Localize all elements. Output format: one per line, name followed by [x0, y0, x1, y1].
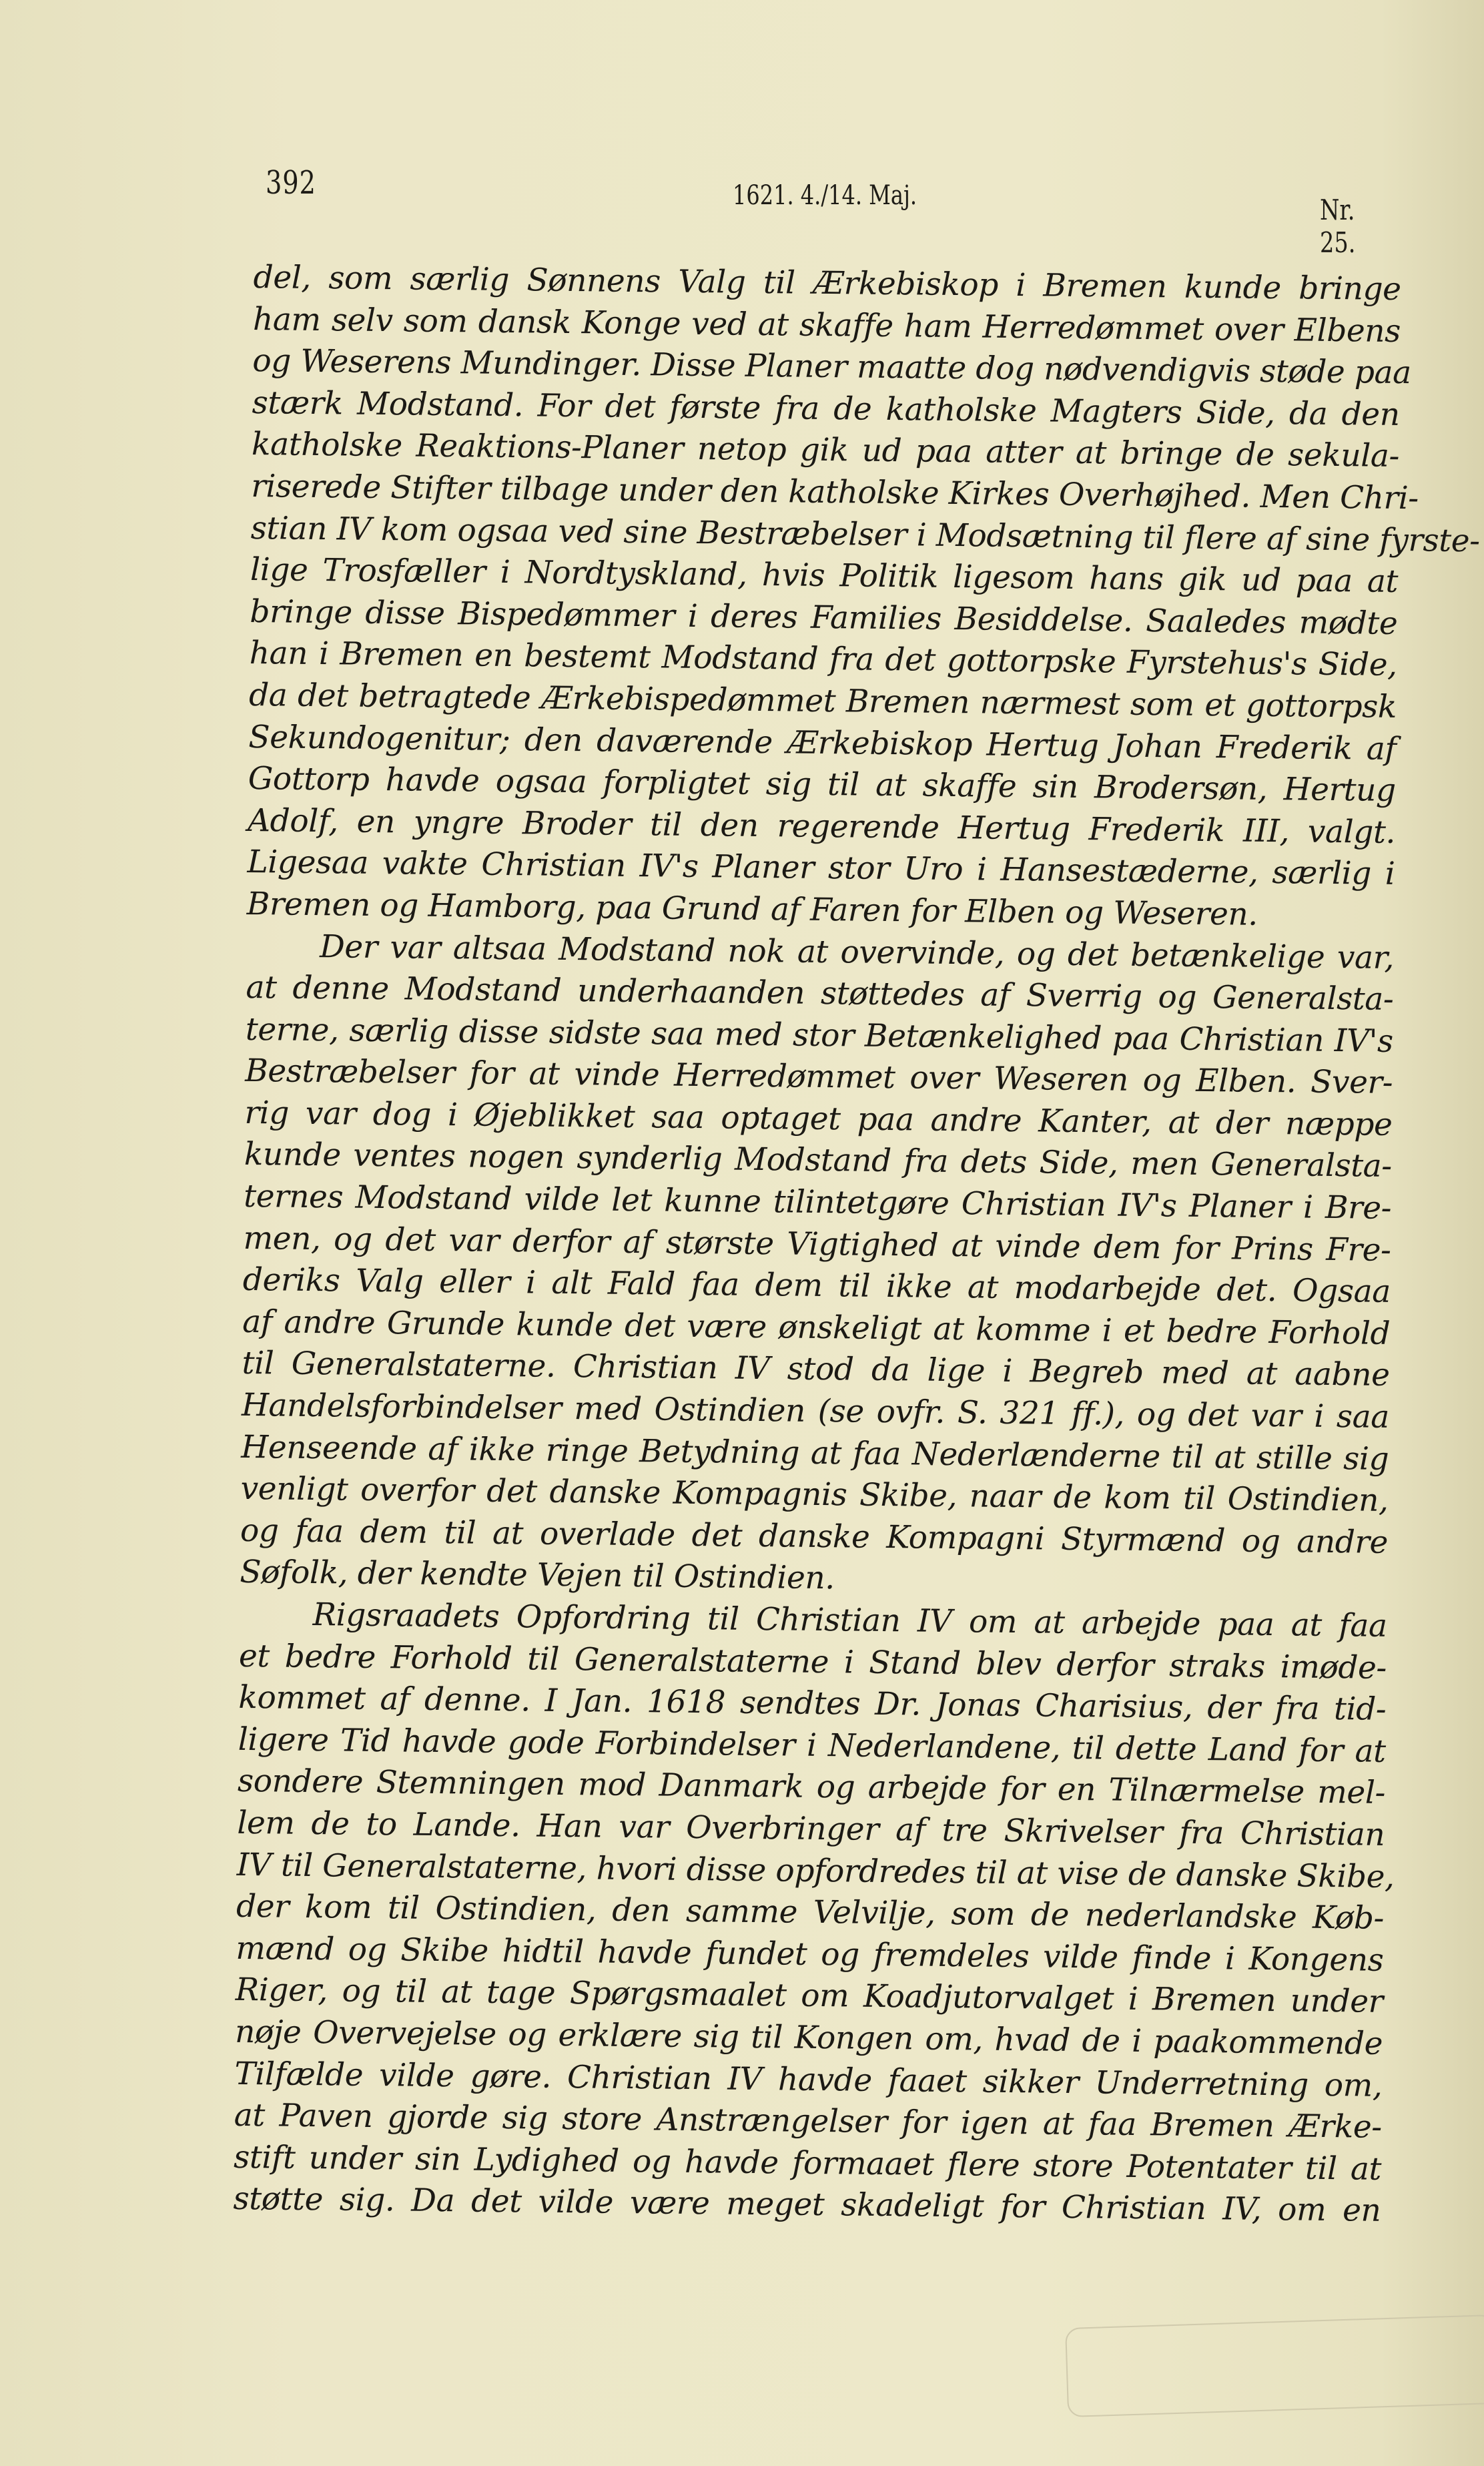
paper-impression-outline: [1065, 2315, 1484, 2417]
page-header: 392 1621. 4./14. Maj. Nr. 25.: [266, 160, 1413, 227]
book-page: 392 1621. 4./14. Maj. Nr. 25. del, som s…: [0, 0, 1484, 2466]
document-number: Nr. 25.: [1320, 194, 1395, 259]
body-text: del, som særlig Sønnens Valg til Ærkebis…: [233, 257, 1401, 2232]
running-head-date: 1621. 4./14. Maj.: [733, 180, 917, 211]
page-number: 392: [266, 164, 316, 202]
